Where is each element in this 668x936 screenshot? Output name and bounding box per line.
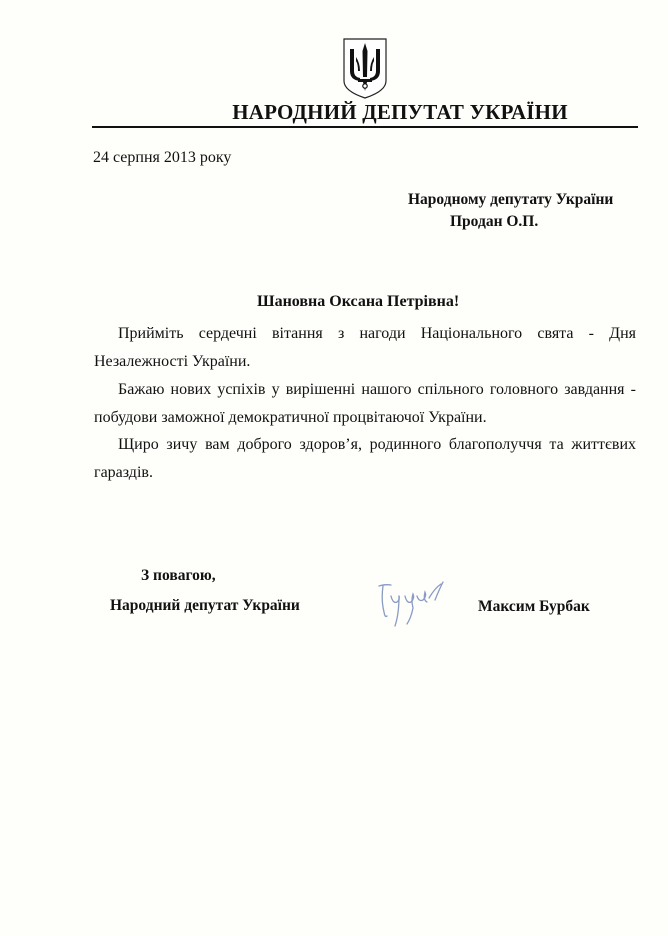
paragraph-greeting: Прийміть сердечні вітання з нагоди Націо… [94,320,636,376]
handwritten-signature-icon [375,578,465,633]
signer-title: Народний депутат України [110,597,300,615]
salutation: Шановна Оксана Петрівна! [257,293,459,311]
letter-date: 24 серпня 2013 року [93,149,231,167]
letterhead-divider [92,126,638,128]
closing-phrase: З повагою, [141,567,216,585]
coat-of-arms-icon [342,37,388,99]
recipient-name: Продан О.П. [450,213,538,231]
paragraph-wishes: Бажаю нових успіхів у вирішенні нашого с… [94,376,636,432]
signer-name: Максим Бурбак [478,598,590,616]
recipient-title: Народному депутату України [408,191,613,209]
paragraph-health: Щиро зичу вам доброго здоров’я, родинног… [94,431,636,487]
letterhead-title: НАРОДНИЙ ДЕПУТАТ УКРАЇНИ [200,100,600,125]
